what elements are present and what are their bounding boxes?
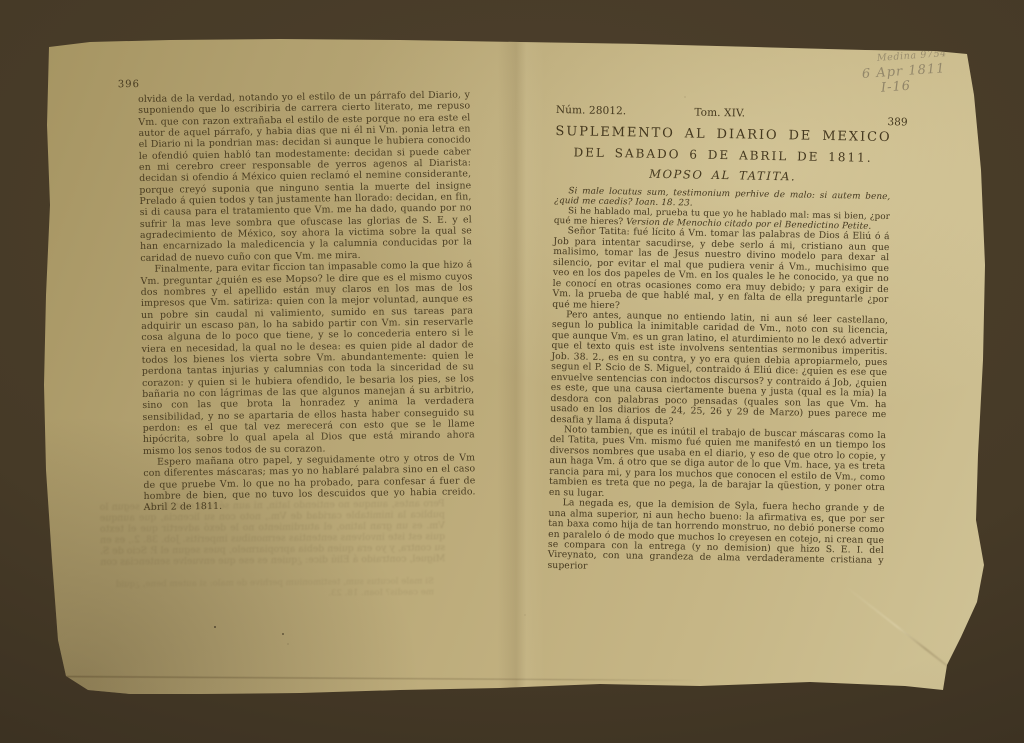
right-page: Núm. 28012. Tom. XIV. 389 SUPLEMENTO AL … [547, 104, 892, 577]
left-paragraph-2: Finalmente, para evitar ficcion tan impa… [140, 260, 475, 457]
annotation-shelfmark: I-16 [881, 77, 950, 96]
tome-number: Tom. XIV. [694, 107, 745, 120]
show-through-footnote: Si male locutus sum, testimonium perhive… [116, 576, 434, 615]
right-paragraph-2: Pero antes, aunque no entiendo latin, ni… [550, 310, 888, 431]
title-line-2: DEL SABADO 6 DE ABRIL DE 1811. [555, 147, 891, 164]
masthead: Núm. 28012. Tom. XIV. 389 [556, 104, 892, 122]
pencil-annotations: Medina 9754 6 Apr 1811 I-16 [861, 49, 950, 97]
document-sheet: 396 olvida de la verdad, notando yo el e… [0, 0, 1024, 743]
paper-specks [214, 626, 216, 628]
corner-crease [844, 585, 975, 688]
right-paragraph-4: La negada es, que la demision de Syla, f… [547, 498, 884, 577]
photo-backdrop: 396 olvida de la verdad, notando yo el e… [0, 0, 1024, 743]
section-title: MOPSO AL TATITA. [555, 167, 891, 184]
show-through-text: Pero antes, aunque no entiendo latin, ni… [100, 498, 446, 568]
left-paragraph-1: olvida de la verdad, notando yo el estil… [138, 89, 472, 264]
right-paragraph-3: Noto tambien, que es inútil el trabajo d… [549, 425, 886, 504]
left-page-number: 396 [118, 79, 140, 91]
right-paragraph-1: Señor Tatita: fué lícito á Vm. tomar las… [552, 226, 889, 316]
issue-number: Núm. 28012. [556, 104, 627, 117]
under-sheet-edge-line [66, 676, 706, 681]
right-page-number: 389 [887, 116, 908, 128]
left-page: 396 olvida de la verdad, notando yo el e… [138, 89, 476, 513]
title-line-1: SUPLEMENTO AL DIARIO DE MEXICO [555, 127, 891, 144]
